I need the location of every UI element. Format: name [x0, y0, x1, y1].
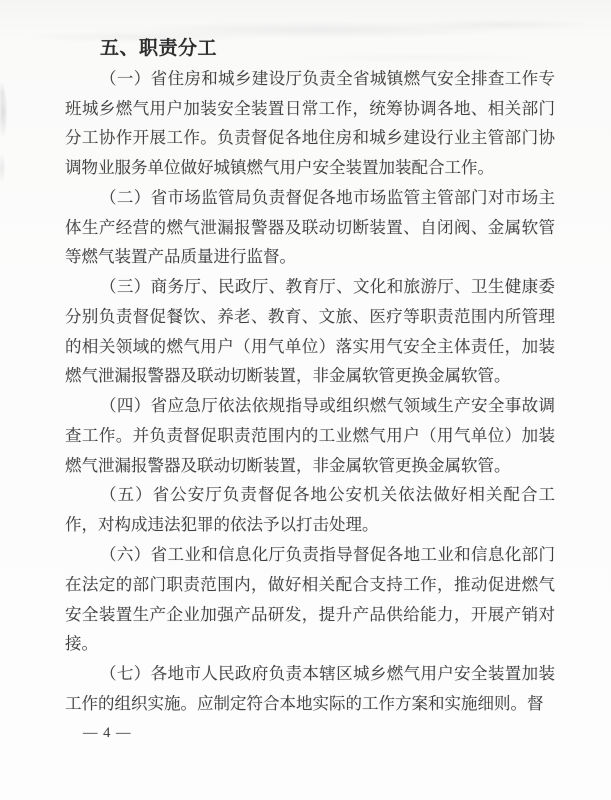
page-number: — 4 —	[83, 723, 132, 743]
document-page: 五、职责分工 （一）省住房和城乡建设厅负责全省城镇燃气安全排查工作专班城乡燃气用…	[0, 0, 611, 800]
document-body: 五、职责分工 （一）省住房和城乡建设厅负责全省城镇燃气安全排查工作专班城乡燃气用…	[65, 34, 555, 719]
paragraph-6: （六）省工业和信息化厅负责指导督促各地工业和信息化部门在法定的部门职责范围内，做…	[65, 540, 555, 659]
paragraph-2: （二）省市场监管局负责督促各地市场监管主管部门对市场主体生产经营的燃气泄漏报警器…	[65, 183, 555, 272]
section-heading: 五、职责分工	[65, 34, 555, 64]
paragraph-7: （七）各地市人民政府负责本辖区城乡燃气用户安全装置加装工作的组织实施。应制定符合…	[65, 659, 555, 719]
paragraph-1: （一）省住房和城乡建设厅负责全省城镇燃气安全排查工作专班城乡燃气用户加装安全装置…	[65, 64, 555, 183]
paragraph-5: （五）省公安厅负责督促各地公安机关依法做好相关配合工作，对构成违法犯罪的依法予以…	[65, 480, 555, 540]
paragraph-3: （三）商务厅、民政厅、教育厅、文化和旅游厅、卫生健康委分别负责督促餐饮、养老、教…	[65, 272, 555, 391]
paragraph-4: （四）省应急厅依法依规指导或组织燃气领域生产安全事故调查工作。并负责督促职责范围…	[65, 391, 555, 480]
